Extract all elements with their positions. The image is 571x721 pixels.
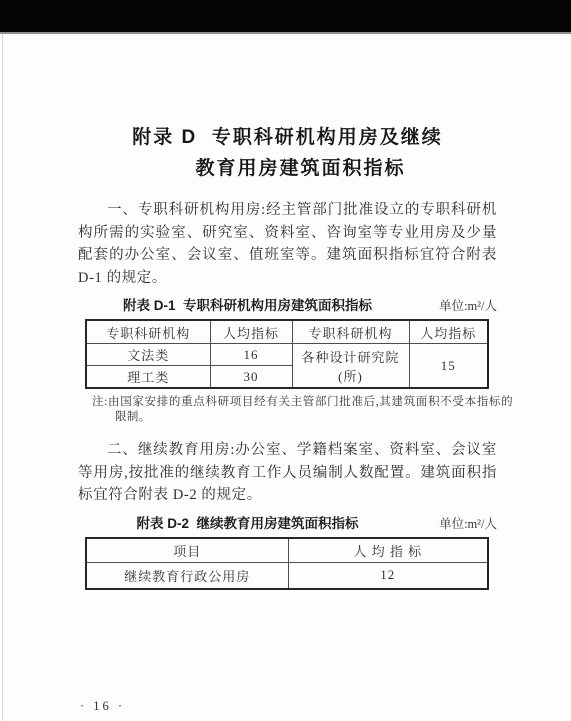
page-content: 附录 D 专职科研机构用房及继续 教育用房建筑面积指标 一、专职科研机构用房:经… [78, 34, 497, 590]
table-row: 文法类 16 各种设计研究院(所) 15 [86, 344, 488, 366]
table-d2-caption-row: 附表 D-2 继续教育用房建筑面积指标 单位:m²/人 [78, 514, 497, 533]
paragraph-research-rooms: 一、专职科研机构用房:经主管部门批准设立的专职科研机构所需的实验室、研究室、资料… [78, 199, 497, 289]
table-d2-caption: 附表 D-2 继续教育用房建筑面积指标 [78, 514, 497, 533]
table-d1-header-cell: 人均指标 [409, 320, 488, 344]
table-d2-item-cell: 继续教育行政公用房 [86, 562, 288, 589]
table-d2-header-cell: 人 均 指 标 [288, 538, 488, 563]
table-d1-merged-value-cell: 15 [409, 344, 488, 389]
scan-top-band [0, 0, 571, 34]
table-d1-unit: 单位:m²/人 [439, 298, 497, 314]
appendix-title-line2: 教育用房建筑面积指标 [78, 153, 497, 184]
paragraph-continuing-education: 二、继续教育用房:办公室、学籍档案室、资料室、会议室等用房,按批准的继续教育工作… [78, 439, 497, 507]
table-d1-header-row: 专职科研机构 人均指标 专职科研机构 人均指标 [86, 320, 488, 344]
table-d2-unit: 单位:m²/人 [439, 516, 497, 532]
table-d2-header-row: 项目 人 均 指 标 [86, 538, 488, 563]
table-d1-caption: 附表 D-1 专职科研机构用房建筑面积指标 [78, 296, 497, 315]
appendix-title: 附录 D 专职科研机构用房及继续 教育用房建筑面积指标 [78, 122, 497, 184]
document-page: 附录 D 专职科研机构用房及继续 教育用房建筑面积指标 一、专职科研机构用房:经… [0, 0, 571, 721]
table-d1-value-cell: 30 [210, 366, 292, 389]
table-row: 继续教育行政公用房 12 [86, 562, 488, 589]
table-d1-header-cell: 专职科研机构 [292, 320, 409, 344]
table-d2-value-cell: 12 [288, 562, 488, 589]
table-d1-value-cell: 16 [210, 344, 292, 366]
page-number: · 16 · [80, 699, 125, 714]
table-d1-category-cell: 文法类 [86, 344, 210, 366]
table-d1-merged-category-cell: 各种设计研究院(所) [292, 344, 409, 389]
table-d1: 专职科研机构 人均指标 专职科研机构 人均指标 文法类 16 各种设计研究院(所… [85, 319, 489, 389]
table-d1-header-cell: 人均指标 [210, 320, 292, 344]
table-d1-category-cell: 理工类 [86, 366, 210, 389]
table-d2: 项目 人 均 指 标 继续教育行政公用房 12 [85, 537, 489, 590]
appendix-title-line1: 附录 D 专职科研机构用房及继续 [78, 122, 497, 153]
table-d1-caption-row: 附表 D-1 专职科研机构用房建筑面积指标 单位:m²/人 [78, 296, 497, 315]
scan-left-edge-line [2, 34, 3, 721]
table-d1-note: 注:由国家安排的重点科研项目经有关主管部门批准后,其建筑面积不受本指标的限制。 [92, 395, 513, 424]
table-d1-header-cell: 专职科研机构 [86, 320, 210, 344]
table-d2-header-cell: 项目 [86, 538, 288, 563]
